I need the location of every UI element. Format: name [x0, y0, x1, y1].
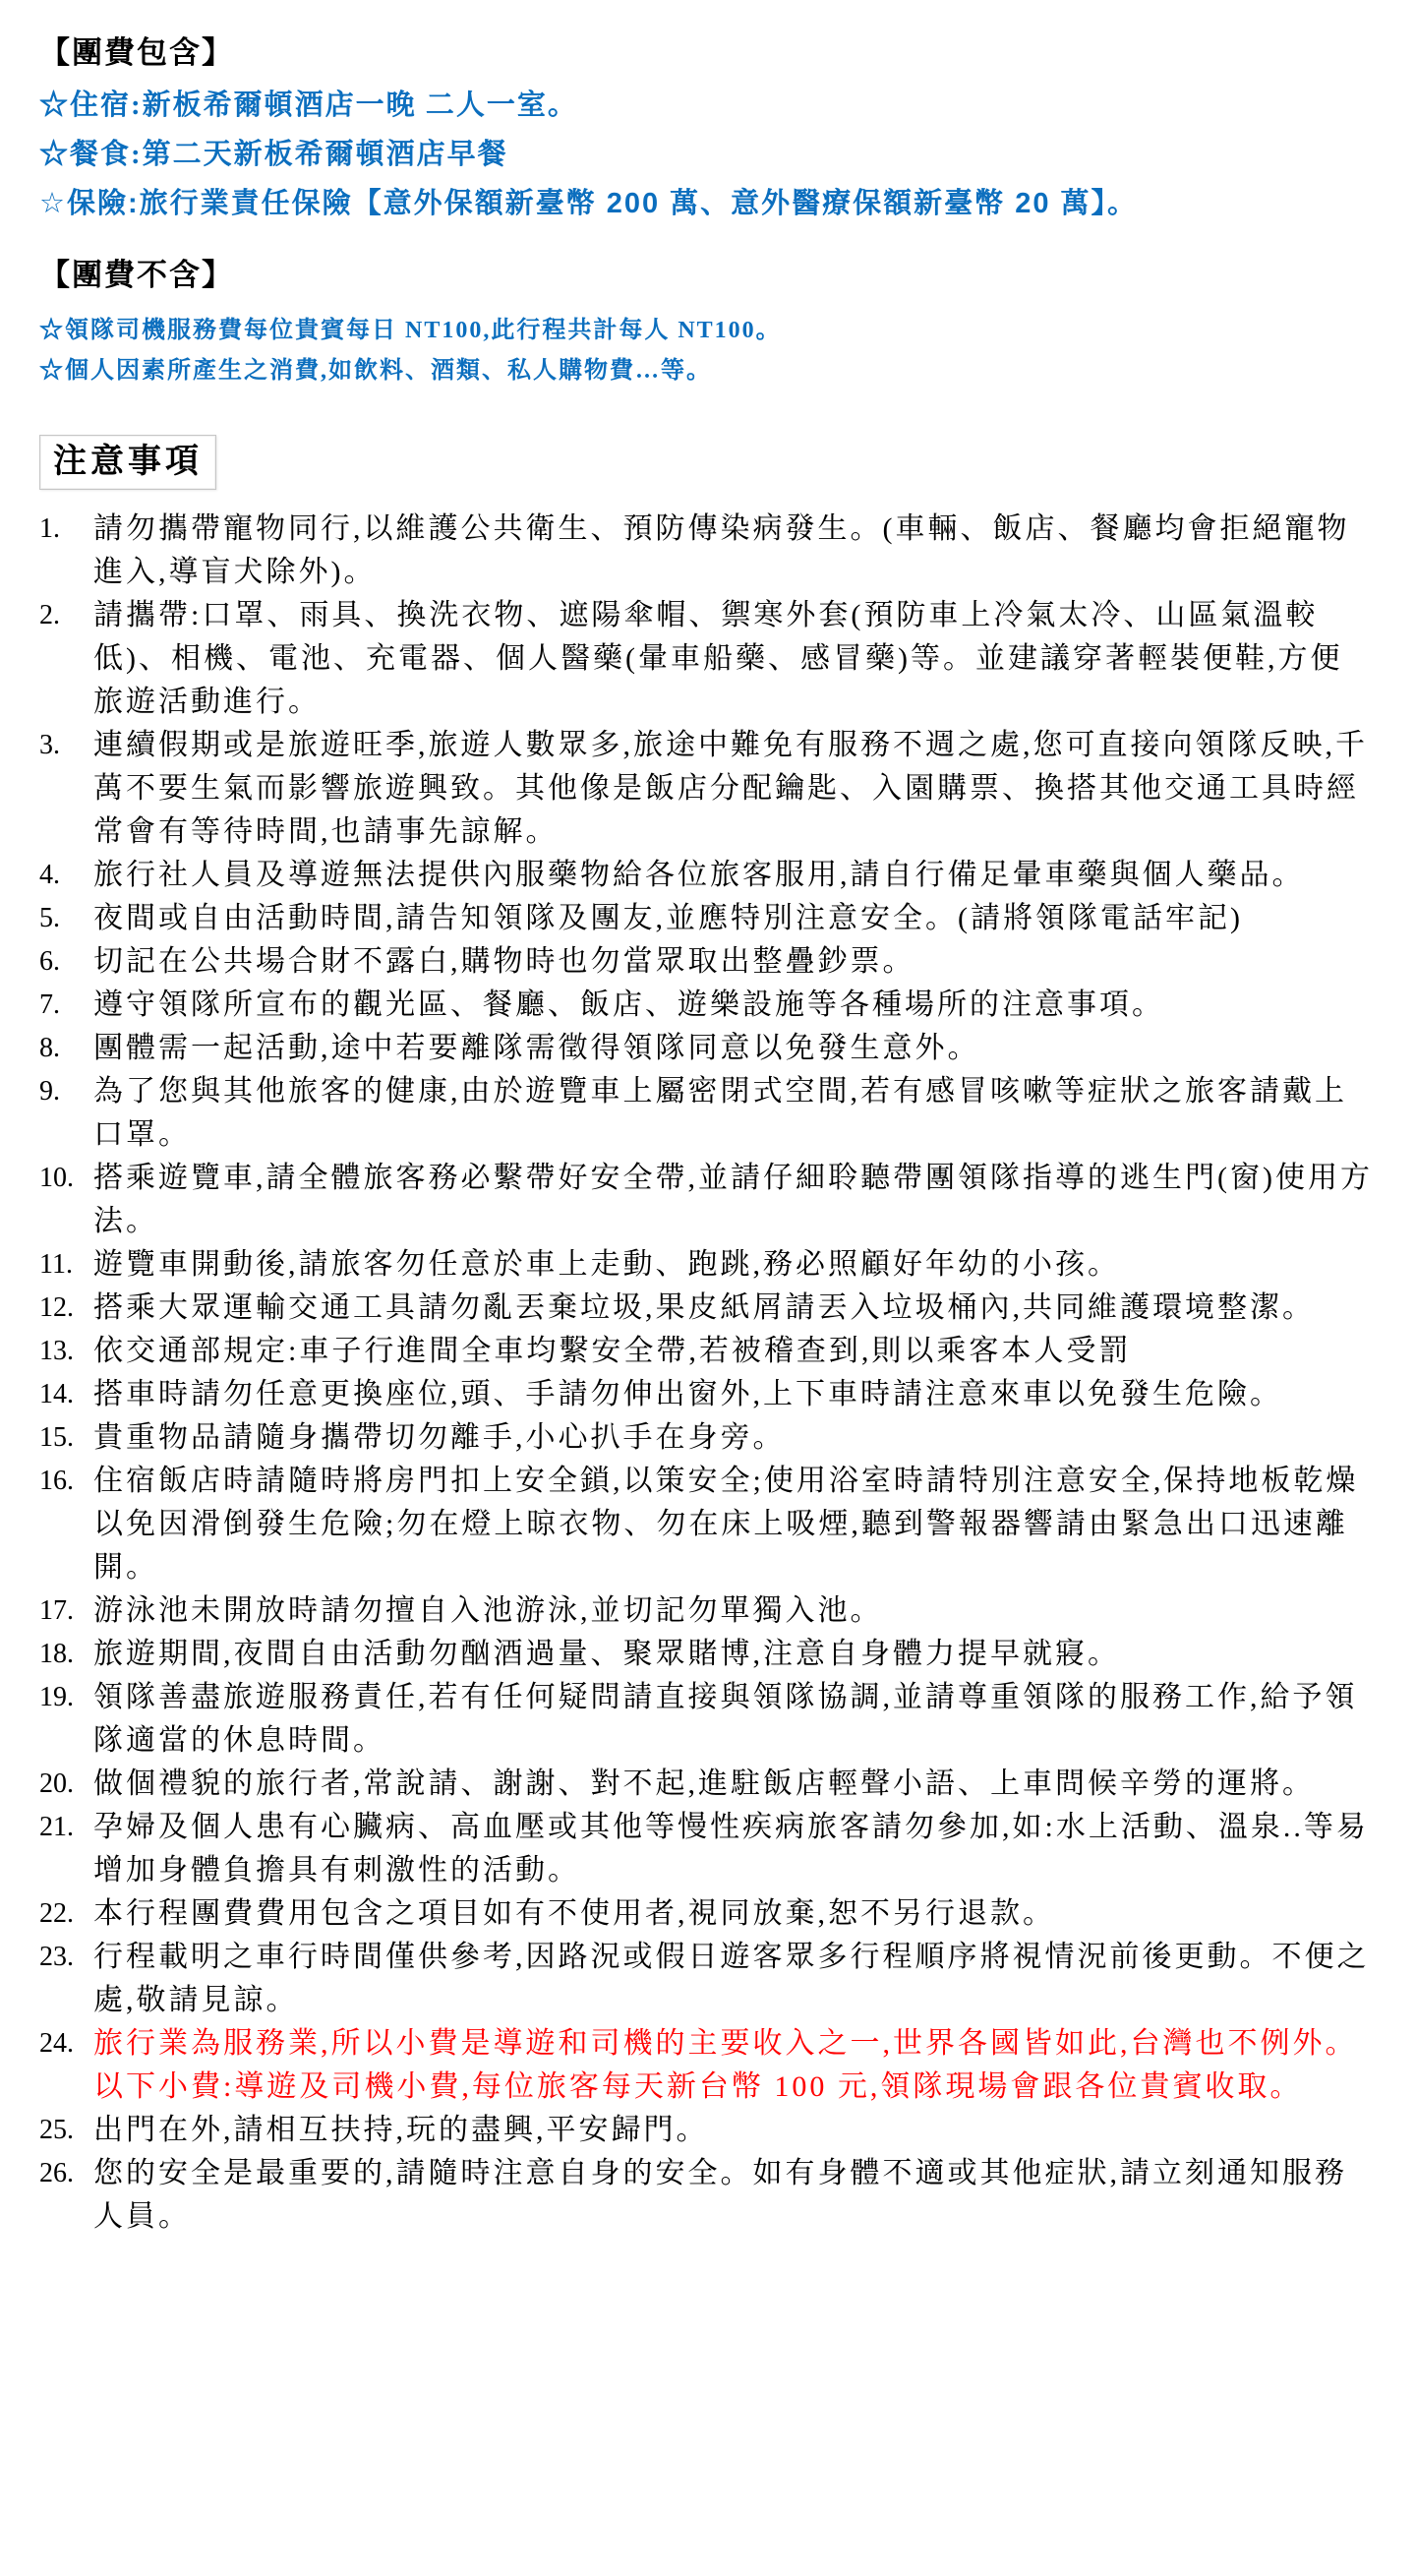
fee-excluded-title: 【團費不含】: [39, 256, 1373, 295]
note-number: 3.: [39, 724, 93, 767]
note-number: 4.: [39, 854, 93, 897]
note-item: 6.切記在公共場合財不露白,購物時也勿當眾取出整疊鈔票。: [39, 940, 1373, 984]
fee-included-title: 【團費包含】: [39, 33, 1373, 73]
note-item: 26.您的安全是最重要的,請隨時注意自身的安全。如有身體不適或其他症狀,請立刻通…: [39, 2152, 1373, 2239]
note-number: 20.: [39, 1763, 93, 1806]
note-text: 旅遊期間,夜間自由活動勿酗酒過量、聚眾賭博,注意自身體力提早就寢。: [93, 1633, 1373, 1676]
note-text: 旅行業為服務業,所以小費是導遊和司機的主要收入之一,世界各國皆如此,台灣也不例外…: [93, 2022, 1373, 2109]
note-item: 13.依交通部規定:車子行進間全車均繫安全帶,若被稽查到,則以乘客本人受罰: [39, 1330, 1373, 1373]
note-text: 貴重物品請隨身攜帶切勿離手,小心扒手在身旁。: [93, 1416, 1373, 1460]
note-text: 請攜帶:口罩、雨具、換洗衣物、遮陽傘帽、禦寒外套(預防車上冷氣太冷、山區氣溫較低…: [93, 594, 1373, 724]
note-item: 15.貴重物品請隨身攜帶切勿離手,小心扒手在身旁。: [39, 1416, 1373, 1460]
note-text: 行程載明之車行時間僅供參考,因路況或假日遊客眾多行程順序將視情況前後更動。不便之…: [93, 1936, 1373, 2022]
note-text: 夜間或自由活動時間,請告知領隊及團友,並應特別注意安全。(請將領隊電話牢記): [93, 897, 1373, 940]
note-number: 10.: [39, 1157, 93, 1200]
fee-excluded-list: ☆領隊司機服務費每位貴賓每日 NT100,此行程共計每人 NT100。☆個人因素…: [39, 311, 1373, 391]
note-item: 11.遊覽車開動後,請旅客勿任意於車上走動、跑跳,務必照顧好年幼的小孩。: [39, 1243, 1373, 1287]
fee-excluded-item: ☆領隊司機服務費每位貴賓每日 NT100,此行程共計每人 NT100。: [39, 311, 1373, 351]
note-number: 22.: [39, 1892, 93, 1936]
note-text: 切記在公共場合財不露白,購物時也勿當眾取出整疊鈔票。: [93, 940, 1373, 984]
note-number: 14.: [39, 1373, 93, 1416]
note-number: 8.: [39, 1027, 93, 1070]
note-item: 17.游泳池未開放時請勿擅自入池游泳,並切記勿單獨入池。: [39, 1589, 1373, 1633]
note-text: 領隊善盡旅遊服務責任,若有任何疑問請直接與領隊協調,並請尊重領隊的服務工作,給予…: [93, 1676, 1373, 1763]
note-item: 1.請勿攜帶寵物同行,以維護公共衛生、預防傳染病發生。(車輛、飯店、餐廳均會拒絕…: [39, 508, 1373, 594]
note-text: 依交通部規定:車子行進間全車均繫安全帶,若被稽查到,則以乘客本人受罰: [93, 1330, 1373, 1373]
note-number: 13.: [39, 1330, 93, 1373]
note-text: 團體需一起活動,途中若要離隊需徵得領隊同意以免發生意外。: [93, 1027, 1373, 1070]
note-number: 23.: [39, 1936, 93, 1979]
note-text: 搭乘遊覽車,請全體旅客務必繫帶好安全帶,並請仔細聆聽帶團領隊指導的逃生門(窗)使…: [93, 1157, 1373, 1243]
notes-title: 注意事項: [53, 444, 203, 480]
note-number: 6.: [39, 940, 93, 984]
note-number: 17.: [39, 1589, 93, 1633]
note-number: 24.: [39, 2022, 93, 2066]
note-item: 18.旅遊期間,夜間自由活動勿酗酒過量、聚眾賭博,注意自身體力提早就寢。: [39, 1633, 1373, 1676]
note-item: 20.做個禮貌的旅行者,常說請、謝謝、對不起,進駐飯店輕聲小語、上車問候辛勞的運…: [39, 1763, 1373, 1806]
note-item: 8.團體需一起活動,途中若要離隊需徵得領隊同意以免發生意外。: [39, 1027, 1373, 1070]
notes-list: 1.請勿攜帶寵物同行,以維護公共衛生、預防傳染病發生。(車輛、飯店、餐廳均會拒絕…: [39, 508, 1373, 2239]
note-item: 9.為了您與其他旅客的健康,由於遊覽車上屬密閉式空間,若有感冒咳嗽等症狀之旅客請…: [39, 1070, 1373, 1157]
note-text: 孕婦及個人患有心臟病、高血壓或其他等慢性疾病旅客請勿參加,如:水上活動、溫泉..…: [93, 1806, 1373, 1892]
note-item: 21.孕婦及個人患有心臟病、高血壓或其他等慢性疾病旅客請勿參加,如:水上活動、溫…: [39, 1806, 1373, 1892]
note-text: 為了您與其他旅客的健康,由於遊覽車上屬密閉式空間,若有感冒咳嗽等症狀之旅客請戴上…: [93, 1070, 1373, 1157]
note-text: 旅行社人員及導遊無法提供內服藥物給各位旅客服用,請自行備足暈車藥與個人藥品。: [93, 854, 1373, 897]
note-number: 2.: [39, 594, 93, 637]
note-number: 15.: [39, 1416, 93, 1460]
note-text: 本行程團費費用包含之項目如有不使用者,視同放棄,恕不另行退款。: [93, 1892, 1373, 1936]
note-item: 10.搭乘遊覽車,請全體旅客務必繫帶好安全帶,並請仔細聆聽帶團領隊指導的逃生門(…: [39, 1157, 1373, 1243]
travel-notice-document: 【團費包含】 ☆住宿:新板希爾頓酒店一晚 二人一室。☆餐食:第二天新板希爾頓酒店…: [0, 0, 1416, 2576]
note-item: 16.住宿飯店時請隨時將房門扣上安全鎖,以策安全;使用浴室時請特別注意安全,保持…: [39, 1460, 1373, 1589]
note-number: 21.: [39, 1806, 93, 1849]
note-text: 游泳池未開放時請勿擅自入池游泳,並切記勿單獨入池。: [93, 1589, 1373, 1633]
note-item: 14.搭車時請勿任意更換座位,頭、手請勿伸出窗外,上下車時請注意來車以免發生危險…: [39, 1373, 1373, 1416]
fee-excluded-item: ☆個人因素所產生之消費,如飲料、酒類、私人購物費…等。: [39, 351, 1373, 391]
note-item: 22.本行程團費費用包含之項目如有不使用者,視同放棄,恕不另行退款。: [39, 1892, 1373, 1936]
note-text: 遊覽車開動後,請旅客勿任意於車上走動、跑跳,務必照顧好年幼的小孩。: [93, 1243, 1373, 1287]
note-text: 住宿飯店時請隨時將房門扣上安全鎖,以策安全;使用浴室時請特別注意安全,保持地板乾…: [93, 1460, 1373, 1589]
note-number: 16.: [39, 1460, 93, 1503]
note-item: 2.請攜帶:口罩、雨具、換洗衣物、遮陽傘帽、禦寒外套(預防車上冷氣太冷、山區氣溫…: [39, 594, 1373, 724]
note-text: 搭車時請勿任意更換座位,頭、手請勿伸出窗外,上下車時請注意來車以免發生危險。: [93, 1373, 1373, 1416]
note-number: 9.: [39, 1070, 93, 1113]
note-text: 搭乘大眾運輸交通工具請勿亂丟棄垃圾,果皮紙屑請丟入垃圾桶內,共同維護環境整潔。: [93, 1287, 1373, 1330]
notes-title-box: 注意事項: [39, 435, 216, 490]
note-item: 5.夜間或自由活動時間,請告知領隊及團友,並應特別注意安全。(請將領隊電話牢記): [39, 897, 1373, 940]
note-text: 出門在外,請相互扶持,玩的盡興,平安歸門。: [93, 2109, 1373, 2152]
note-number: 26.: [39, 2152, 93, 2195]
note-number: 5.: [39, 897, 93, 940]
note-text: 連續假期或是旅遊旺季,旅遊人數眾多,旅途中難免有服務不週之處,您可直接向領隊反映…: [93, 724, 1373, 854]
note-item: 3.連續假期或是旅遊旺季,旅遊人數眾多,旅途中難免有服務不週之處,您可直接向領隊…: [39, 724, 1373, 854]
fee-included-item: ☆保險:旅行業責任保險【意外保額新臺幣 200 萬、意外醫療保額新臺幣 20 萬…: [39, 179, 1373, 228]
note-text: 請勿攜帶寵物同行,以維護公共衛生、預防傳染病發生。(車輛、飯店、餐廳均會拒絕寵物…: [93, 508, 1373, 594]
note-number: 18.: [39, 1633, 93, 1676]
note-text: 遵守領隊所宣布的觀光區、餐廳、飯店、遊樂設施等各種場所的注意事項。: [93, 984, 1373, 1027]
note-number: 11.: [39, 1243, 93, 1287]
note-item: 7.遵守領隊所宣布的觀光區、餐廳、飯店、遊樂設施等各種場所的注意事項。: [39, 984, 1373, 1027]
note-number: 25.: [39, 2109, 93, 2152]
note-item: 25.出門在外,請相互扶持,玩的盡興,平安歸門。: [39, 2109, 1373, 2152]
note-item: 12.搭乘大眾運輸交通工具請勿亂丟棄垃圾,果皮紙屑請丟入垃圾桶內,共同維護環境整…: [39, 1287, 1373, 1330]
note-number: 7.: [39, 984, 93, 1027]
fee-included-item: ☆餐食:第二天新板希爾頓酒店早餐: [39, 130, 1373, 179]
note-text: 您的安全是最重要的,請隨時注意自身的安全。如有身體不適或其他症狀,請立刻通知服務…: [93, 2152, 1373, 2239]
note-item: 24.旅行業為服務業,所以小費是導遊和司機的主要收入之一,世界各國皆如此,台灣也…: [39, 2022, 1373, 2109]
fee-included-item: ☆住宿:新板希爾頓酒店一晚 二人一室。: [39, 81, 1373, 130]
fee-included-list: ☆住宿:新板希爾頓酒店一晚 二人一室。☆餐食:第二天新板希爾頓酒店早餐☆保險:旅…: [39, 81, 1373, 228]
note-item: 4.旅行社人員及導遊無法提供內服藥物給各位旅客服用,請自行備足暈車藥與個人藥品。: [39, 854, 1373, 897]
note-text: 做個禮貌的旅行者,常說請、謝謝、對不起,進駐飯店輕聲小語、上車問候辛勞的運將。: [93, 1763, 1373, 1806]
note-number: 1.: [39, 508, 93, 551]
note-number: 19.: [39, 1676, 93, 1719]
note-number: 12.: [39, 1287, 93, 1330]
note-item: 19.領隊善盡旅遊服務責任,若有任何疑問請直接與領隊協調,並請尊重領隊的服務工作…: [39, 1676, 1373, 1763]
note-item: 23.行程載明之車行時間僅供參考,因路況或假日遊客眾多行程順序將視情況前後更動。…: [39, 1936, 1373, 2022]
